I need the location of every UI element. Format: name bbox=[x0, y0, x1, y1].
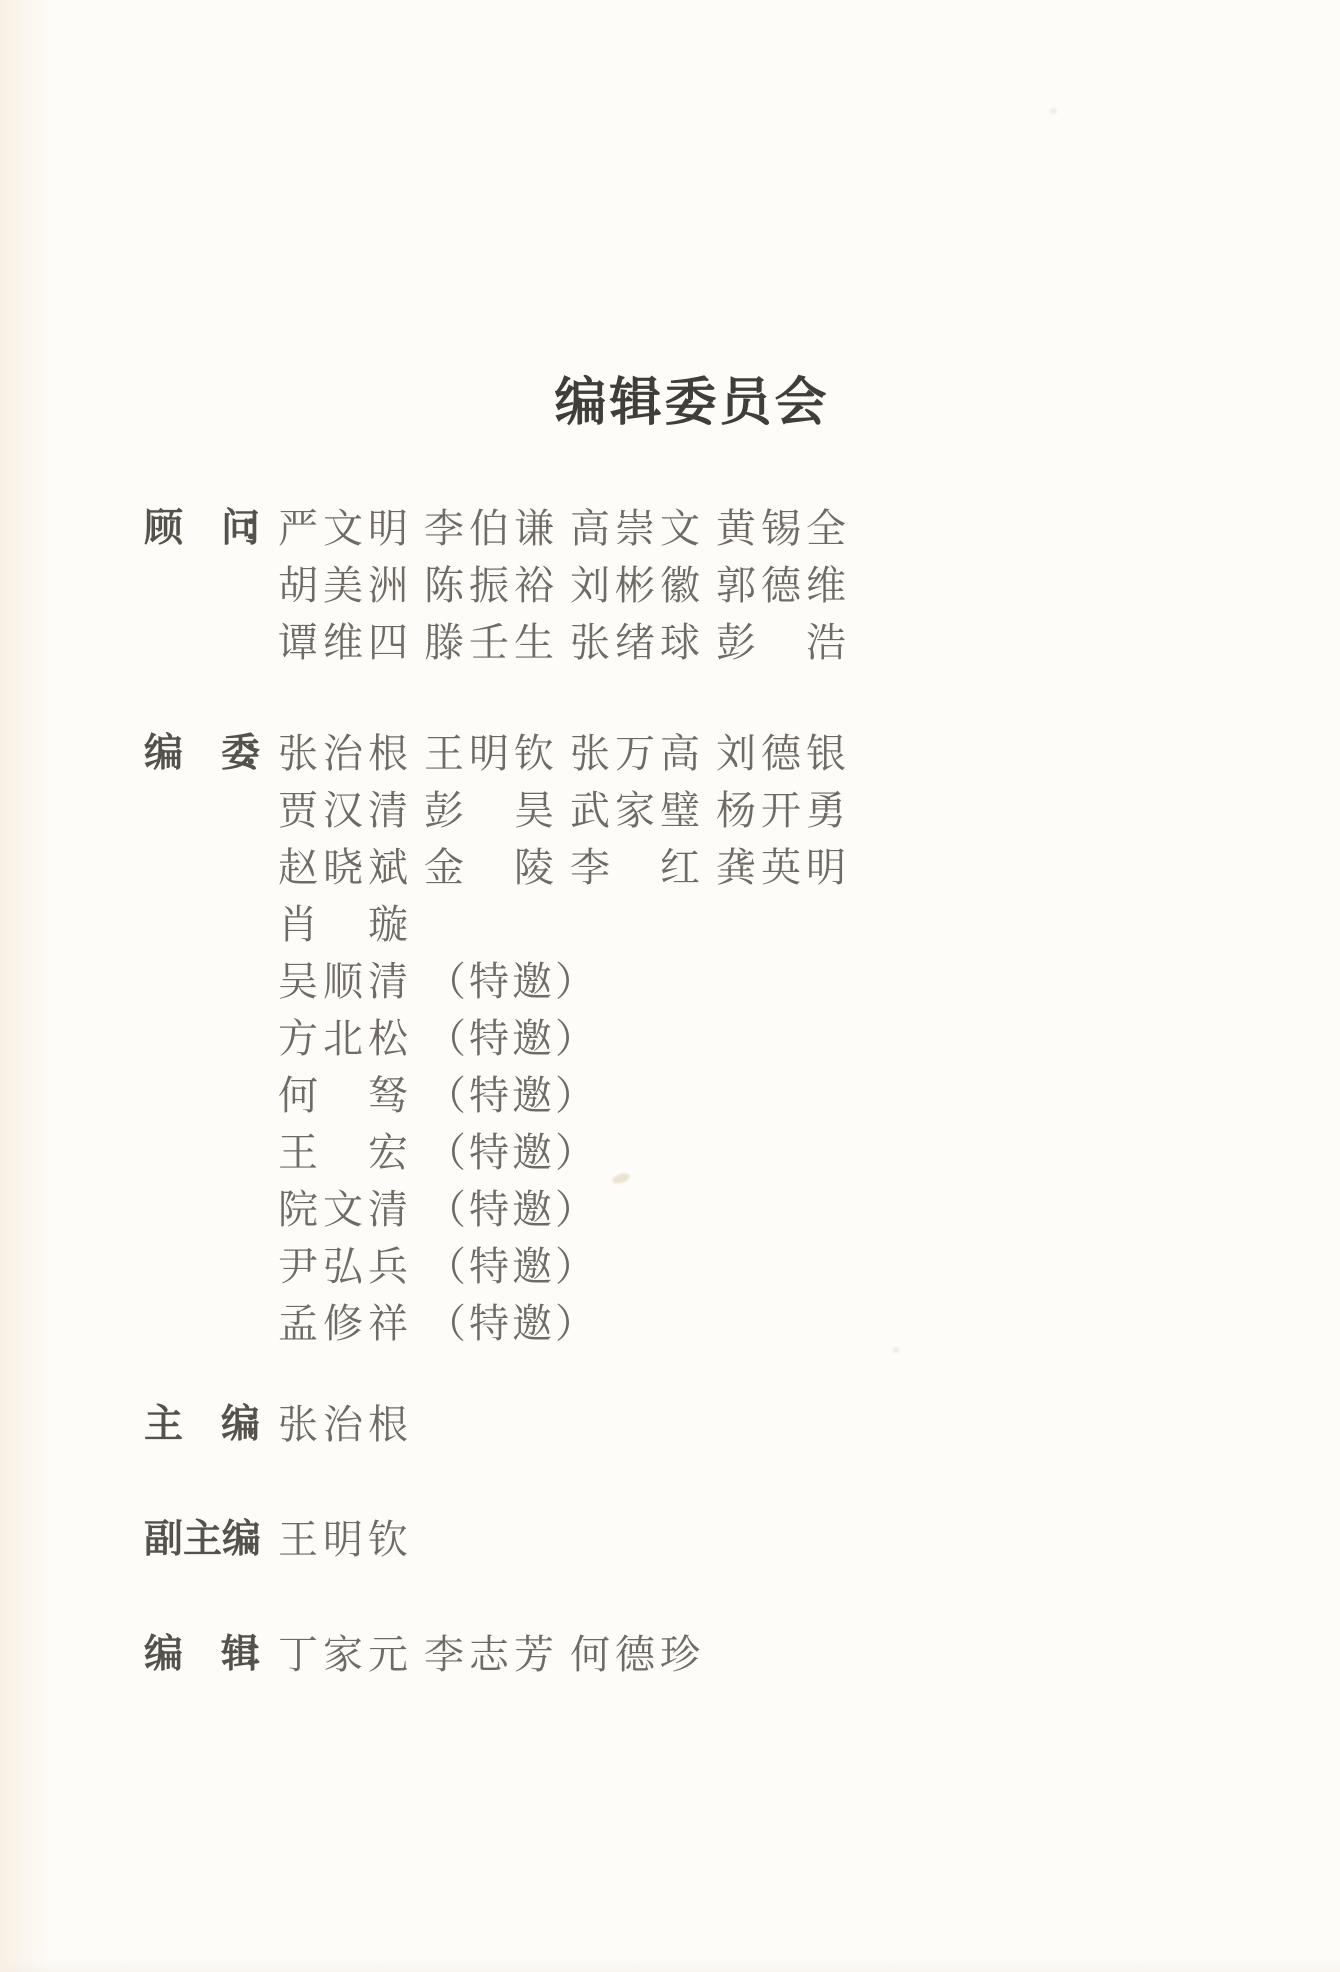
person-name: 赵晓斌 bbox=[278, 839, 408, 896]
committee-label-col: 编委： bbox=[144, 725, 278, 782]
person-name: 丁家元 bbox=[278, 1626, 408, 1683]
person-name: 何德珍 bbox=[570, 1626, 700, 1683]
scan-bottom-edge-shading bbox=[0, 1958, 1340, 1972]
person-name: 贾汉清 bbox=[278, 782, 408, 839]
person-name: 胡美洲 bbox=[278, 557, 408, 614]
committee-invited-row: 方北松（特邀） bbox=[278, 1010, 1340, 1067]
person-name: 陈振裕 bbox=[424, 557, 554, 614]
chief-editor-colon: ： bbox=[254, 1396, 270, 1453]
person-name: 尹弘兵 bbox=[278, 1238, 408, 1295]
person-name: 李红 bbox=[570, 839, 700, 896]
advisors-names: 严文明李伯谦高崇文黄锡全 胡美洲陈振裕刘彬徽郭德维 谭维四滕壬生张绪球彭浩 bbox=[278, 500, 1340, 671]
person-name: 龚英明 bbox=[716, 839, 846, 896]
person-name: 张绪球 bbox=[570, 614, 700, 671]
person-name: 彭浩 bbox=[716, 614, 846, 671]
committee-invited-row: 尹弘兵（特邀） bbox=[278, 1238, 1340, 1295]
advisors-label-col: 顾问： bbox=[144, 500, 278, 557]
person-name: 院文清 bbox=[278, 1181, 408, 1238]
person-name: 何驽 bbox=[278, 1067, 408, 1124]
person-name: 孟修祥 bbox=[278, 1295, 408, 1352]
committee-invited-row: 何驽（特邀） bbox=[278, 1067, 1340, 1124]
person-name: 谭维四 bbox=[278, 614, 408, 671]
person-name: 刘德银 bbox=[716, 725, 846, 782]
person-name: 武家璧 bbox=[570, 782, 700, 839]
person-name: 肖璇 bbox=[278, 896, 408, 953]
advisors-row: 谭维四滕壬生张绪球彭浩 bbox=[278, 614, 1340, 671]
person-name: 刘彬徽 bbox=[570, 557, 700, 614]
deputy-chief-editor-row: 王明钦 bbox=[278, 1511, 1340, 1568]
committee-invited-row: 孟修祥（特邀） bbox=[278, 1295, 1340, 1352]
invited-tag: （特邀） bbox=[426, 1295, 598, 1352]
committee-row: 肖璇 bbox=[278, 896, 1340, 953]
committee-row: 赵晓斌金陵李红龚英明 bbox=[278, 839, 1340, 896]
page-title: 编辑委员会 bbox=[554, 375, 829, 432]
editors-colon: ： bbox=[254, 1626, 270, 1683]
person-name: 王宏 bbox=[278, 1124, 408, 1181]
person-name: 张治根 bbox=[278, 1396, 408, 1453]
section-editors: 编辑： 丁家元李志芳何德珍 bbox=[144, 1626, 1340, 1683]
person-name: 吴顺清 bbox=[278, 953, 408, 1010]
committee-row: 张治根王明钦张万高刘德银 bbox=[278, 725, 1340, 782]
person-name: 郭德维 bbox=[716, 557, 846, 614]
chief-editor-row: 张治根 bbox=[278, 1396, 1340, 1453]
invited-tag: （特邀） bbox=[426, 1181, 598, 1238]
invited-tag: （特邀） bbox=[426, 1067, 598, 1124]
person-name: 李志芳 bbox=[424, 1626, 554, 1683]
person-name: 张万高 bbox=[570, 725, 700, 782]
person-name: 王明钦 bbox=[424, 725, 554, 782]
deputy-chief-editor-colon: ： bbox=[254, 1511, 270, 1568]
scanned-document-page: 编辑委员会 顾问： 严文明李伯谦高崇文黄锡全 胡美洲陈振裕刘彬徽郭德维 谭维四滕… bbox=[0, 0, 1340, 1972]
committee-invited-row: 吴顺清（特邀） bbox=[278, 953, 1340, 1010]
advisors-colon: ： bbox=[254, 500, 270, 557]
committee-invited-row: 王宏（特邀） bbox=[278, 1124, 1340, 1181]
invited-tag: （特邀） bbox=[426, 1010, 598, 1067]
editors-label-col: 编辑： bbox=[144, 1626, 278, 1683]
person-name: 滕壬生 bbox=[424, 614, 554, 671]
invited-tag: （特邀） bbox=[426, 1124, 598, 1181]
committee-invited-row: 院文清（特邀） bbox=[278, 1181, 1340, 1238]
committee-colon: ： bbox=[254, 725, 270, 782]
person-name: 彭昊 bbox=[424, 782, 554, 839]
person-name: 严文明 bbox=[278, 500, 408, 557]
title-block: 编辑委员会 bbox=[0, 0, 1340, 432]
section-deputy-chief-editor: 副主编： 王明钦 bbox=[144, 1511, 1340, 1568]
deputy-chief-editor-label-col: 副主编： bbox=[144, 1511, 278, 1568]
person-name: 高崇文 bbox=[570, 500, 700, 557]
committee-row: 贾汉清彭昊武家璧杨开勇 bbox=[278, 782, 1340, 839]
person-name: 方北松 bbox=[278, 1010, 408, 1067]
chief-editor-label-col: 主编： bbox=[144, 1396, 278, 1453]
invited-tag: （特邀） bbox=[426, 953, 598, 1010]
editors-names: 丁家元李志芳何德珍 bbox=[278, 1626, 1340, 1683]
chief-editor-names: 张治根 bbox=[278, 1396, 1340, 1453]
section-chief-editor: 主编： 张治根 bbox=[144, 1396, 1340, 1453]
invited-tag: （特邀） bbox=[426, 1238, 598, 1295]
committee-names: 张治根王明钦张万高刘德银 贾汉清彭昊武家璧杨开勇 赵晓斌金陵李红龚英明 肖璇 吴… bbox=[278, 725, 1340, 1352]
section-committee: 编委： 张治根王明钦张万高刘德银 贾汉清彭昊武家璧杨开勇 赵晓斌金陵李红龚英明 … bbox=[144, 725, 1340, 1352]
person-name: 张治根 bbox=[278, 725, 408, 782]
section-advisors: 顾问： 严文明李伯谦高崇文黄锡全 胡美洲陈振裕刘彬徽郭德维 谭维四滕壬生张绪球彭… bbox=[144, 500, 1340, 671]
editors-row: 丁家元李志芳何德珍 bbox=[278, 1626, 1340, 1683]
person-name: 黄锡全 bbox=[716, 500, 846, 557]
advisors-row: 胡美洲陈振裕刘彬徽郭德维 bbox=[278, 557, 1340, 614]
person-name: 王明钦 bbox=[278, 1511, 408, 1568]
advisors-row: 严文明李伯谦高崇文黄锡全 bbox=[278, 500, 1340, 557]
person-name: 李伯谦 bbox=[424, 500, 554, 557]
person-name: 杨开勇 bbox=[716, 782, 846, 839]
person-name: 金陵 bbox=[424, 839, 554, 896]
deputy-chief-editor-names: 王明钦 bbox=[278, 1511, 1340, 1568]
